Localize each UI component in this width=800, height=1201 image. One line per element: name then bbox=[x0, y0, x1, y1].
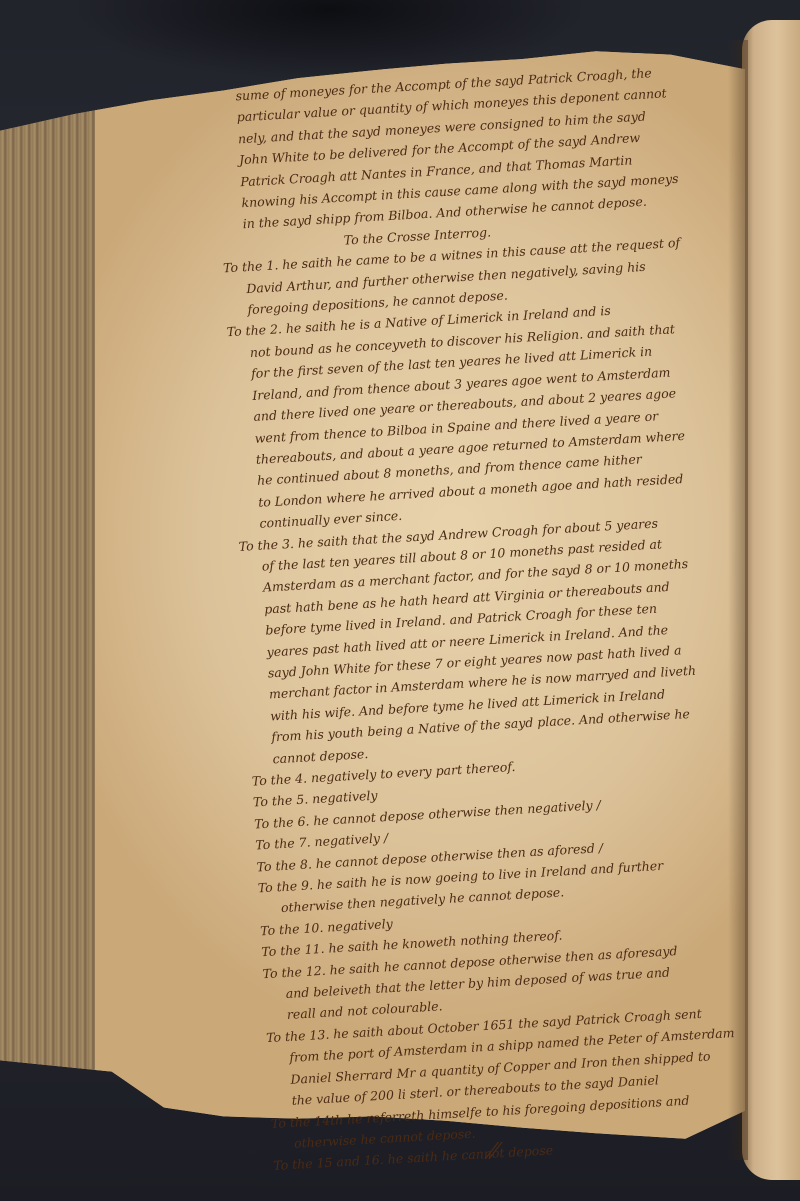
page-stack-edge bbox=[0, 30, 110, 1150]
deposition-text: sume of moneyes for the Accompt of the s… bbox=[225, 57, 800, 1176]
signature-mark: ⁄⁄ bbox=[490, 1140, 497, 1165]
